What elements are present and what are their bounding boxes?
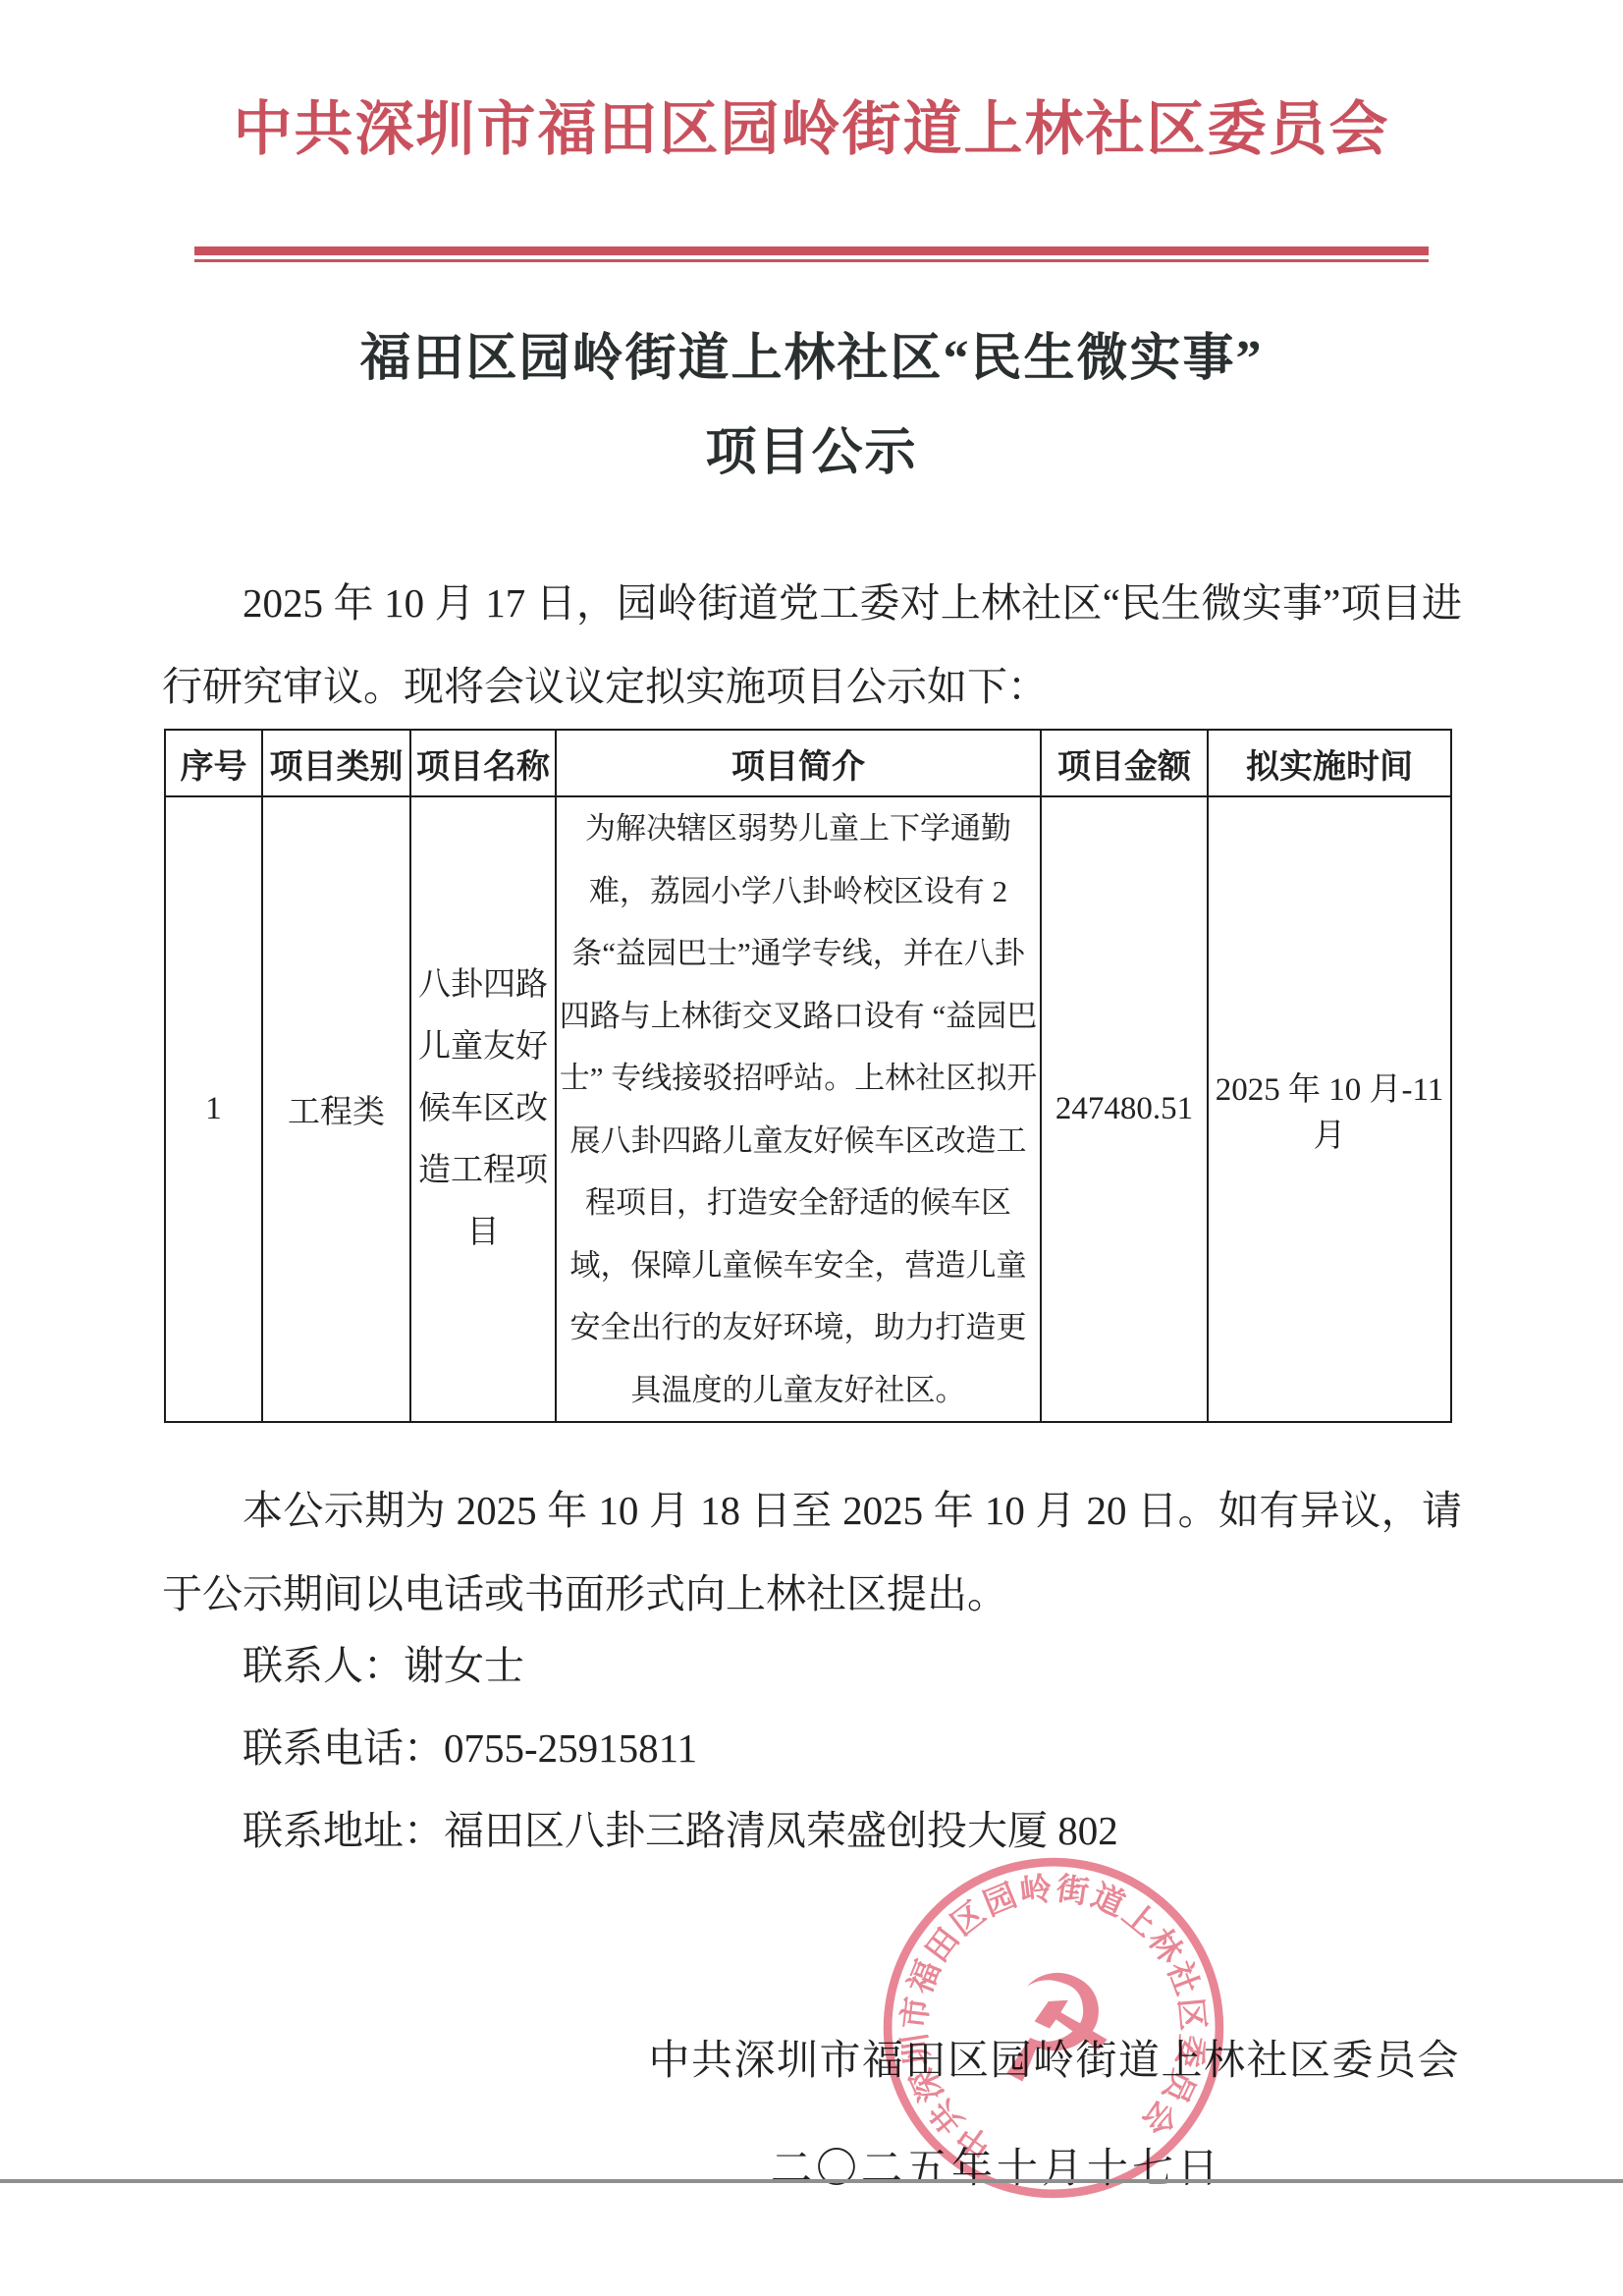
document-title-line2: 项目公示 — [0, 418, 1623, 489]
cell-项目金额: 247480.51 — [1041, 796, 1208, 1422]
letterhead-divider — [194, 246, 1429, 262]
intro-paragraph: 2025 年 10 月 17 日，园岭街道党工委对上林社区“民生微实事”项目进行… — [162, 562, 1462, 729]
cell-项目名称: 八卦四路儿童友好候车区改造工程项目 — [410, 796, 556, 1422]
cell-项目类别: 工程类 — [262, 796, 410, 1422]
notice-paragraph: 本公示期为 2025 年 10 月 18 日至 2025 年 10 月 20 日… — [162, 1469, 1462, 1636]
table-header-cell: 拟实施时间 — [1208, 730, 1451, 796]
table-header-cell: 项目名称 — [410, 730, 556, 796]
table-header-cell: 项目金额 — [1041, 730, 1208, 796]
table-row: 1 工程类 八卦四路儿童友好候车区改造工程项目 为解决辖区弱势儿童上下学通勤难，… — [165, 796, 1451, 1422]
cell-拟实施时间: 2025 年 10 月-11 月 — [1208, 796, 1451, 1422]
contact-address: 联系地址：福田区八卦三路清凤荣盛创投大厦 802 — [162, 1789, 1462, 1872]
document-page: 中共深圳市福田区园岭街道上林社区委员会 福田区园岭街道上林社区“民生微实事” 项… — [0, 0, 1623, 2296]
letterhead-title: 中共深圳市福田区园岭街道上林社区委员会 — [0, 90, 1623, 169]
cell-项目简介: 为解决辖区弱势儿童上下学通勤难，荔园小学八卦岭校区设有 2 条“益园巴士”通学专… — [556, 796, 1041, 1422]
contact-person: 联系人：谢女士 — [162, 1624, 1462, 1707]
table-header-cell: 项目简介 — [556, 730, 1041, 796]
scan-artifact-line — [0, 2179, 1623, 2183]
table-header-cell: 项目类别 — [262, 730, 410, 796]
hammer-sickle-icon: ☭ — [980, 1940, 1126, 2119]
document-title-line1: 福田区园岭街道上林社区“民生微实事” — [0, 324, 1623, 395]
divider-thick-line — [194, 246, 1429, 255]
project-table: 序号 项目类别 项目名称 项目简介 项目金额 拟实施时间 1 工程类 八卦四路儿… — [164, 729, 1452, 1423]
official-seal-stamp: 中共深圳市福田区园岭街道上林社区委员会 ☭ — [842, 1817, 1265, 2239]
table-header-row: 序号 项目类别 项目名称 项目简介 项目金额 拟实施时间 — [165, 730, 1451, 796]
table-header-cell: 序号 — [165, 730, 262, 796]
contact-phone: 联系电话：0755-25915811 — [162, 1707, 1462, 1789]
cell-序号: 1 — [165, 796, 262, 1422]
divider-thin-line — [194, 259, 1429, 262]
